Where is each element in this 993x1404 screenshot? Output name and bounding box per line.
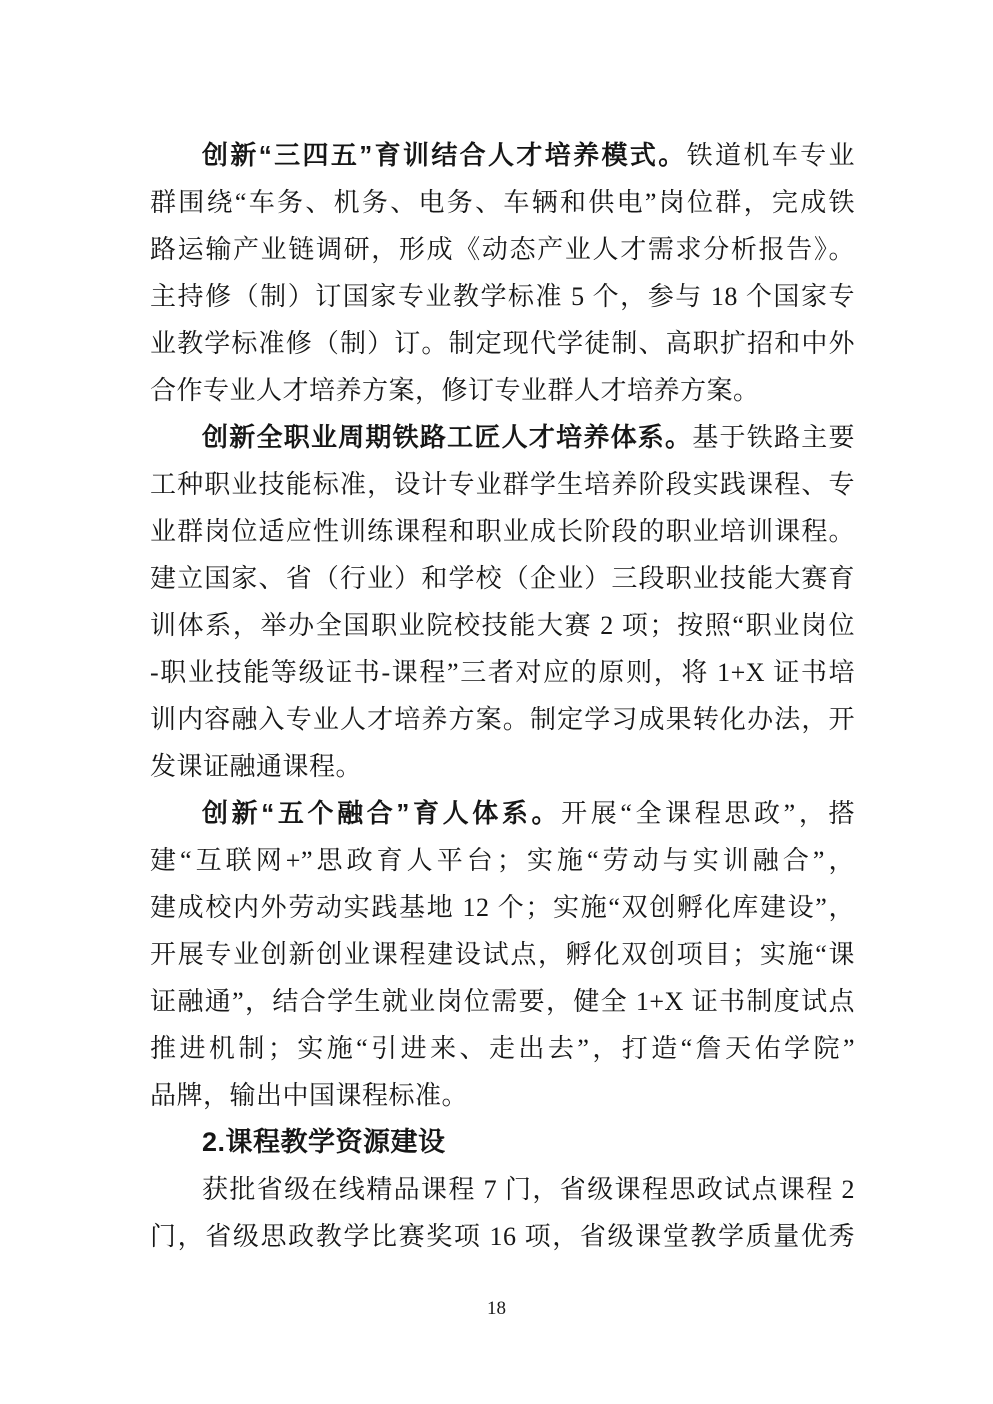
line-text: 合作专业人才培养方案，修订专业群人才培养方案。 <box>150 376 760 405</box>
paragraph-3-line-6: 推进机制；实施“引进来、走出去”，打造“詹天佑学院” <box>150 1025 855 1072</box>
paragraph-2-text: 基于铁路主要 <box>692 423 855 452</box>
paragraph-2-line-6: -职业技能等级证书-课程”三者对应的原则，将 1+X 证书培 <box>150 649 855 696</box>
paragraph-2-lead-bold: 创新全职业周期铁路工匠人才培养体系。 <box>202 422 692 452</box>
paragraph-2-line-2: 工种职业技能标准，设计专业群学生培养阶段实践课程、专 <box>150 461 855 508</box>
paragraph-2-line-5: 训体系，举办全国职业院校技能大赛 2 项；按照“职业岗位 <box>150 602 855 649</box>
line-text: 群围绕“车务、机务、电务、车辆和供电”岗位群，完成铁 <box>150 188 855 217</box>
paragraph-2-line-4: 建立国家、省（行业）和学校（企业）三段职业技能大赛育 <box>150 555 855 602</box>
line-text: 推进机制；实施“引进来、走出去”，打造“詹天佑学院” <box>150 1034 855 1063</box>
section-heading-text: 2.课程教学资源建设 <box>202 1127 446 1157</box>
paragraph-3-line-7: 品牌，输出中国课程标准。 <box>150 1072 855 1119</box>
paragraph-1-text: 铁道机车专业 <box>687 141 855 170</box>
line-text: -职业技能等级证书-课程”三者对应的原则，将 1+X 证书培 <box>150 658 855 687</box>
paragraph-3-text: 开展“全课程思政”，搭 <box>561 799 855 828</box>
line-text: 路运输产业链调研，形成《动态产业人才需求分析报告》。 <box>150 235 855 264</box>
line-text: 建“互联网+”思政育人平台；实施“劳动与实训融合”， <box>150 846 855 875</box>
page-number: 18 <box>0 1296 993 1322</box>
paragraph-3-line-4: 开展专业创新创业课程建设试点，孵化双创项目；实施“课 <box>150 931 855 978</box>
line-text: 训内容融入专业人才培养方案。制定学习成果转化办法，开 <box>150 705 855 734</box>
line-text: 业教学标准修（制）订。制定现代学徒制、高职扩招和中外 <box>150 329 855 358</box>
line-text: 获批省级在线精品课程 7 门，省级课程思政试点课程 2 <box>202 1175 855 1204</box>
section-heading: 2.课程教学资源建设 <box>150 1119 855 1166</box>
paragraph-1-line-5: 业教学标准修（制）订。制定现代学徒制、高职扩招和中外 <box>150 320 855 367</box>
paragraph-1-lead-bold: 创新“三四五”育训结合人才培养模式。 <box>202 140 687 170</box>
paragraph-4-line-1: 获批省级在线精品课程 7 门，省级课程思政试点课程 2 <box>150 1166 855 1213</box>
paragraph-2-line-3: 业群岗位适应性训练课程和职业成长阶段的职业培训课程。 <box>150 508 855 555</box>
paragraph-2-line-7: 训内容融入专业人才培养方案。制定学习成果转化办法，开 <box>150 696 855 743</box>
paragraph-1-line-6: 合作专业人才培养方案，修订专业群人才培养方案。 <box>150 367 855 414</box>
paragraph-3-line-5: 证融通”，结合学生就业岗位需要，健全 1+X 证书制度试点 <box>150 978 855 1025</box>
line-text: 发课证融通课程。 <box>150 752 362 781</box>
line-text: 证融通”，结合学生就业岗位需要，健全 1+X 证书制度试点 <box>150 987 855 1016</box>
document-body: 创新“三四五”育训结合人才培养模式。铁道机车专业 群围绕“车务、机务、电务、车辆… <box>150 132 855 1260</box>
paragraph-3-lead-bold: 创新“五个融合”育人体系。 <box>202 798 561 828</box>
paragraph-2-line-8: 发课证融通课程。 <box>150 743 855 790</box>
paragraph-2-line-1: 创新全职业周期铁路工匠人才培养体系。基于铁路主要 <box>150 414 855 461</box>
paragraph-1-line-1: 创新“三四五”育训结合人才培养模式。铁道机车专业 <box>150 132 855 179</box>
line-text: 品牌，输出中国课程标准。 <box>150 1081 468 1110</box>
document-page: 创新“三四五”育训结合人才培养模式。铁道机车专业 群围绕“车务、机务、电务、车辆… <box>0 0 993 1404</box>
paragraph-3-line-2: 建“互联网+”思政育人平台；实施“劳动与实训融合”， <box>150 837 855 884</box>
paragraph-4-line-2: 门，省级思政教学比赛奖项 16 项，省级课堂教学质量优秀 <box>150 1213 855 1260</box>
paragraph-3-line-1: 创新“五个融合”育人体系。开展“全课程思政”，搭 <box>150 790 855 837</box>
line-text: 建立国家、省（行业）和学校（企业）三段职业技能大赛育 <box>150 564 855 593</box>
paragraph-1-line-3: 路运输产业链调研，形成《动态产业人才需求分析报告》。 <box>150 226 855 273</box>
paragraph-3-line-3: 建成校内外劳动实践基地 12 个；实施“双创孵化库建设”， <box>150 884 855 931</box>
paragraph-1-line-2: 群围绕“车务、机务、电务、车辆和供电”岗位群，完成铁 <box>150 179 855 226</box>
paragraph-1-line-4: 主持修（制）订国家专业教学标准 5 个，参与 18 个国家专 <box>150 273 855 320</box>
line-text: 业群岗位适应性训练课程和职业成长阶段的职业培训课程。 <box>150 517 855 546</box>
line-text: 建成校内外劳动实践基地 12 个；实施“双创孵化库建设”， <box>150 893 855 922</box>
line-text: 主持修（制）订国家专业教学标准 5 个，参与 18 个国家专 <box>150 282 855 311</box>
line-text: 开展专业创新创业课程建设试点，孵化双创项目；实施“课 <box>150 940 855 969</box>
line-text: 训体系，举办全国职业院校技能大赛 2 项；按照“职业岗位 <box>150 611 855 640</box>
line-text: 工种职业技能标准，设计专业群学生培养阶段实践课程、专 <box>150 470 855 499</box>
line-text: 门，省级思政教学比赛奖项 16 项，省级课堂教学质量优秀 <box>150 1222 855 1251</box>
